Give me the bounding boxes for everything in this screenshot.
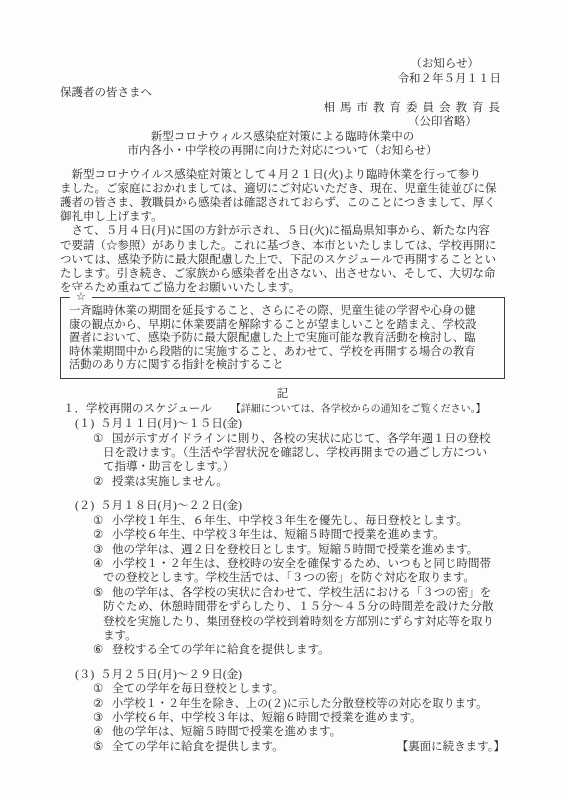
paragraph-line: さて、５月４日(月)に国の方針が示され、５日(火)に福島県知事から、新たな内容 xyxy=(60,224,505,238)
item-line: 小学校１年生、６年生、中学校３年生を優先し、毎日登校とします。 xyxy=(112,514,468,528)
item-line: 他の学年は、週２日を登校日とします。短縮５時間で授業を進めます。 xyxy=(112,543,478,557)
item-line: 他の学年は、短縮５時間で授業を進めます。 xyxy=(112,725,341,739)
item-text: 国が示すガイドラインに則り、各校の実状に応じて、各学年週１日の登校 日を設けます… xyxy=(112,432,490,475)
item-text: 小学校６年、中学校３年は、短縮６時間で授業を進めます。 xyxy=(112,711,422,725)
item-text: 全ての学年に給食を提供します。 xyxy=(112,740,284,754)
item-number: ② xyxy=(93,475,112,489)
item-text: 小学校１・２年生を除き、上の(２)に示した分散登校等の対応を取ります。 xyxy=(112,697,487,711)
item-line: 小学校６年生、中学校３年生は、短縮５時間で授業を進めます。 xyxy=(112,528,445,542)
item-line: 日を設けます。（生活や学習状況を確認し、学校再開までの過ごし方につい xyxy=(103,446,490,460)
schedule-block: １．学校再開のスケジュール 【詳細については、各学校からの通知をご覧ください。】… xyxy=(60,402,505,754)
item-number: ② xyxy=(93,697,112,711)
item-line: 登校を実施したり、集団登校の学校到着時刻を方部別にずらす対応等を取り xyxy=(103,615,494,629)
schedule-item: ② 小学校１・２年生を除き、上の(２)に示した分散登校等の対応を取ります。 xyxy=(60,697,505,711)
sender: 相馬市教育委員会教育長 xyxy=(60,101,505,116)
schedule-item: ③ 小学校６年、中学校３年は、短縮６時間で授業を進めます。 xyxy=(60,711,505,725)
item-text: 全ての学年を毎日登校とします。 xyxy=(112,682,284,696)
schedule-item: ① 全ての学年を毎日登校とします。 xyxy=(60,682,505,696)
schedule-item: ⑤ 他の学年は、各学校の実状に合わせて、学校生活における「３つの密」を 防ぐため… xyxy=(60,586,505,644)
item-text: 登校する全ての学年に給食を提供します。 xyxy=(112,643,330,657)
notice-label: （お知らせ） xyxy=(60,57,505,72)
record-mark: 記 xyxy=(60,387,505,402)
item-line: 防ぐため、休憩時間帯をずらしたり、１５分～４５分の時間差を設けた分散 xyxy=(103,600,494,614)
item-number: ⑥ xyxy=(93,643,112,657)
item-line: 授業は実施しません。 xyxy=(112,475,228,489)
item-number: ① xyxy=(93,514,112,528)
item-number: ① xyxy=(93,682,112,696)
seal-note: （公印省略） xyxy=(60,115,505,130)
schedule-heading-note: 【詳細については、各学校からの通知をご覧ください。】 xyxy=(231,403,486,417)
schedule-item: ① 小学校１年生、６年生、中学校３年生を優先し、毎日登校とします。 xyxy=(60,514,505,528)
schedule-period-1: (１) ５月１１日(月)～１５日(金) ① 国が示すガイドラインに則り、各校の実… xyxy=(60,417,505,489)
schedule-heading: １．学校再開のスケジュール 【詳細については、各学校からの通知をご覧ください。】 xyxy=(60,402,505,417)
paragraph-line: ついては、感染予防に最大限配慮した上で、下記のスケジュールで再開することとい xyxy=(60,253,505,267)
paragraph-line: たします。引き続き、ご家族から感染者を出さない、出させない、そして、大切な命 xyxy=(60,267,505,281)
item-number: ⑤ xyxy=(93,740,112,754)
period-label: (２) xyxy=(75,499,94,513)
item-text: 他の学年は、短縮５時間で授業を進めます。 xyxy=(112,725,341,739)
doc-title-line2: 市内各小・中学校の再開に向けた対応について（お知らせ） xyxy=(60,144,505,159)
schedule-item: ② 小学校６年生、中学校３年生は、短縮５時間で授業を進めます。 xyxy=(60,528,505,542)
item-line: て指導・助言をします。） xyxy=(103,460,490,474)
item-number: ② xyxy=(93,528,112,542)
back-page-note: 【裏面に続きます。】 xyxy=(397,740,505,754)
item-text: 他の学年は、各学校の実状に合わせて、学校生活における「３つの密」を 防ぐため、休… xyxy=(112,586,494,644)
period-date-range: ５月１８日(月)～２２日(金) xyxy=(100,499,242,513)
item-line: での登校とします。学校生活では、「３つの密」を防ぐ対応を取ります。 xyxy=(103,571,491,585)
notice-document-page: （お知らせ） 令和２年５月１１日 保護者の皆さまへ 相馬市教育委員会教育長 （公… xyxy=(0,0,566,800)
schedule-item: ① 国が示すガイドラインに則り、各校の実状に応じて、各学年週１日の登校 日を設け… xyxy=(60,432,505,475)
request-box-line: 活動のあり方に関する指針を検討すること xyxy=(69,359,496,372)
item-line: 小学校１・２年生は、登校時の安全を確保するため、いつもと同じ時間帯 xyxy=(112,557,491,571)
item-line: 全ての学年に給食を提供します。 xyxy=(112,740,284,754)
item-line: ます。 xyxy=(103,629,494,643)
star-icon: ☆ xyxy=(70,290,92,304)
issue-date: 令和２年５月１１日 xyxy=(60,72,505,87)
paragraph-line: 新型コロナウイルス感染症対策として４月２１日(火)より臨時休業を行って参り xyxy=(60,168,505,182)
schedule-item: ④ 他の学年は、短縮５時間で授業を進めます。 xyxy=(60,725,505,739)
paragraph-line: で要請（☆参照）がありました。これに基づき、本市といたしましては、学校再開に xyxy=(60,239,505,253)
item-number: ③ xyxy=(93,543,112,557)
item-line: 国が示すガイドラインに則り、各校の実状に応じて、各学年週１日の登校 xyxy=(112,432,490,446)
paragraph-line: 御礼申し上げます。 xyxy=(60,210,505,224)
request-box-line: 康の観点から、早期に休業要請を解除することが望ましいことを踏まえ、学校設 xyxy=(69,319,496,332)
schedule-period-3: (３) ５月２５日(月)～２９日(金) ① 全ての学年を毎日登校とします。 ② … xyxy=(60,668,505,754)
item-line: 小学校６年、中学校３年は、短縮６時間で授業を進めます。 xyxy=(112,711,422,725)
period-label: (１) xyxy=(75,417,94,431)
item-line: 登校する全ての学年に給食を提供します。 xyxy=(112,643,330,657)
item-text: 小学校１年生、６年生、中学校３年生を優先し、毎日登校とします。 xyxy=(112,514,468,528)
prefecture-request-box: ☆ 一斉臨時休業の期間を延長すること、さらにその際、児童生徒の学習や心身の健 康… xyxy=(60,297,505,379)
item-text: 小学校１・２年生は、登校時の安全を確保するため、いつもと同じ時間帯 での登校とし… xyxy=(112,557,491,586)
period-date-range: ５月２５日(月)～２９日(金) xyxy=(100,668,242,682)
request-box-line: 時休業期間中から段階的に実施すること、あわせて、学校を再開する場合の教育 xyxy=(69,346,496,359)
period-heading: (２) ５月１８日(月)～２２日(金) xyxy=(60,499,505,513)
schedule-period-2: (２) ５月１８日(月)～２２日(金) ① 小学校１年生、６年生、中学校３年生を… xyxy=(60,499,505,657)
request-box-line: 一斉臨時休業の期間を延長すること、さらにその際、児童生徒の学習や心身の健 xyxy=(69,305,496,318)
schedule-item: ④ 小学校１・２年生は、登校時の安全を確保するため、いつもと同じ時間帯 での登校… xyxy=(60,557,505,586)
intro-paragraphs: 新型コロナウイルス感染症対策として４月２１日(火)より臨時休業を行って参り まし… xyxy=(60,168,505,296)
paragraph-line: ました。ご家庭におかれましては、適切にご対応いただき、現在、児童生徒並びに保 xyxy=(60,182,505,196)
item-number: ④ xyxy=(93,725,112,739)
paragraph-line: を守るため重ねてご協力をお願いいたします。 xyxy=(60,281,505,295)
doc-title-line1: 新型コロナウィルス感染症対策による臨時休業中の xyxy=(60,130,505,145)
period-heading: (１) ５月１１日(月)～１５日(金) xyxy=(60,417,505,431)
request-box-line: 置者において、感染予防に最大限配慮した上で実施可能な教育活動を検討し、臨 xyxy=(69,332,496,345)
item-number: ③ xyxy=(93,711,112,725)
schedule-item: ⑤ 全ての学年に給食を提供します。 【裏面に続きます。】 xyxy=(60,740,505,754)
schedule-item: ③ 他の学年は、週２日を登校日とします。短縮５時間で授業を進めます。 xyxy=(60,543,505,557)
item-text: 他の学年は、週２日を登校日とします。短縮５時間で授業を進めます。 xyxy=(112,543,478,557)
period-label: (３) xyxy=(75,668,94,682)
paragraph-line: 護者の皆さま、教職員から感染者は確認されておらず、このことにつきまして、厚く xyxy=(60,196,505,210)
item-text: 小学校６年生、中学校３年生は、短縮５時間で授業を進めます。 xyxy=(112,528,445,542)
period-heading: (３) ５月２５日(月)～２９日(金) xyxy=(60,668,505,682)
item-text: 授業は実施しません。 xyxy=(112,475,228,489)
item-line: 全ての学年を毎日登校とします。 xyxy=(112,682,284,696)
item-line: 小学校１・２年生を除き、上の(２)に示した分散登校等の対応を取ります。 xyxy=(112,697,487,711)
schedule-item: ⑥ 登校する全ての学年に給食を提供します。 xyxy=(60,643,505,657)
period-date-range: ５月１１日(月)～１５日(金) xyxy=(100,417,242,431)
schedule-item: ② 授業は実施しません。 xyxy=(60,475,505,489)
schedule-heading-title: １．学校再開のスケジュール xyxy=(63,402,212,416)
item-line: 他の学年は、各学校の実状に合わせて、学校生活における「３つの密」を xyxy=(112,586,494,600)
addressee: 保護者の皆さまへ xyxy=(60,86,505,101)
